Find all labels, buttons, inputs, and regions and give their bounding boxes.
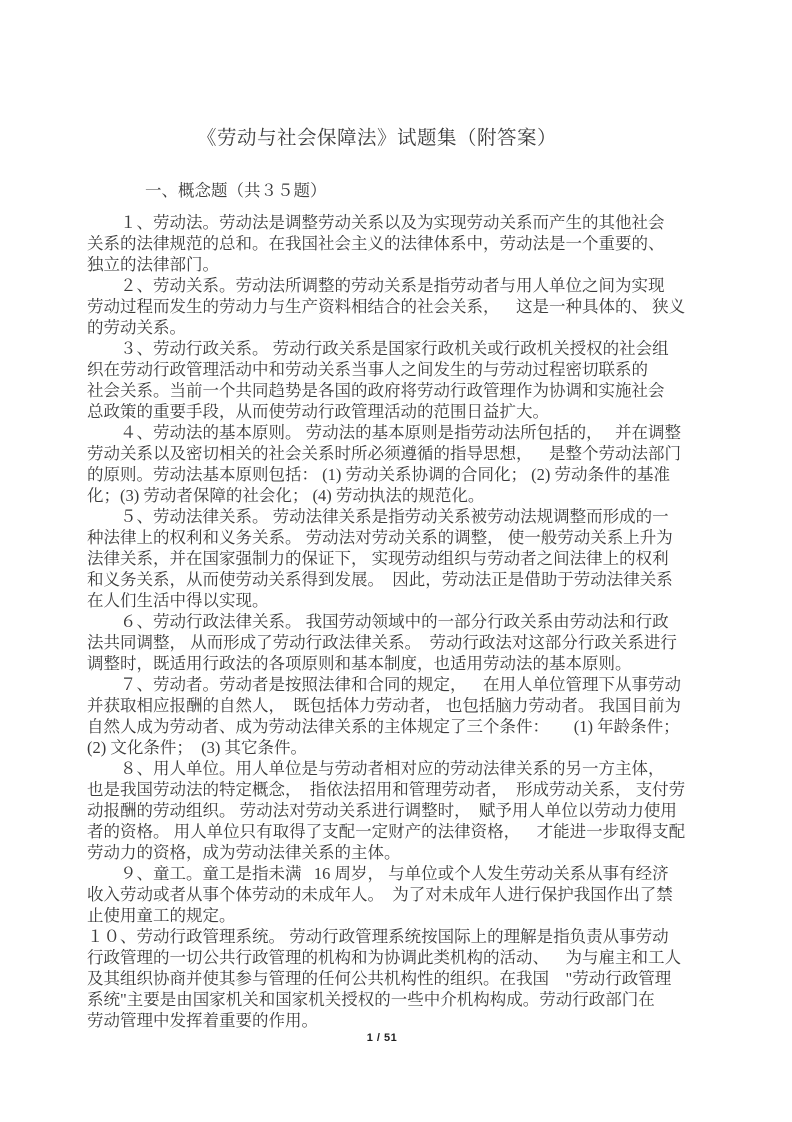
text-line: ４、劳动法的基本原则。 劳动法的基本原则是指劳动法所包括的， 并在调整 [87, 422, 727, 443]
text-line: ７、劳动者。劳动者是按照法律和合同的规定， 在用人单位管理下从事劳动 [87, 674, 727, 695]
text-line: 法律关系，并在国家强制力的保证下， 实现劳动组织与劳动者之间法律上的权利 [87, 548, 727, 569]
text-line: 系统"主要是由国家机关和国家机关授权的一些中介机构构成。劳动行政部门在 [87, 989, 727, 1010]
document-title: 《劳动与社会保障法》试题集（附答案） [87, 122, 667, 150]
text-line: 收入劳动或者从事个体劳动的未成年人。 为了对未成年人进行保护我国作出了禁 [87, 884, 727, 905]
text-line: 及其组织协商并使其参与管理的任何公共机构性的组织。在我国 "劳动行政管理 [87, 968, 727, 989]
section-heading: 一、概念题（共３５题） [145, 177, 327, 201]
text-line: 劳动过程而发生的劳动力与生产资料相结合的社会关系， 这是一种具体的、 狭义 [87, 296, 727, 317]
text-line: 的原则。劳动法基本原则包括： (1) 劳动关系协调的合同化； (2) 劳动条件的… [87, 464, 727, 485]
text-line: 者的资格。 用人单位只有取得了支配一定财产的法律资格， 才能进一步取得支配 [87, 821, 727, 842]
text-line: 的劳动关系。 [87, 317, 727, 338]
text-line: ８、用人单位。用人单位是与劳动者相对应的劳动法律关系的另一方主体， [87, 758, 727, 779]
text-line: 在人们生活中得以实现。 [87, 590, 727, 611]
text-line: 化；(3) 劳动者保障的社会化； (4) 劳动执法的规范化。 [87, 485, 727, 506]
text-line: ２、劳动关系。劳动法所调整的劳动关系是指劳动者与用人单位之间为实现 [87, 275, 727, 296]
page-number: 1 / 51 [87, 1032, 677, 1044]
text-line: 总政策的重要手段，从而使劳动行政管理活动的范围日益扩大。 [87, 401, 727, 422]
text-line: 关系的法律规范的总和。在我国社会主义的法律体系中，劳动法是一个重要的、 [87, 233, 727, 254]
text-line: ６、劳动行政法律关系。 我国劳动领域中的一部分行政关系由劳动法和行政 [87, 611, 727, 632]
text-line: ５、劳动法律关系。 劳动法律关系是指劳动关系被劳动法规调整而形成的一 [87, 506, 727, 527]
text-line: 织在劳动行政管理活动中和劳动关系当事人之间发生的与劳动过程密切联系的 [87, 359, 727, 380]
text-line: 法共同调整， 从而形成了劳动行政法律关系。 劳动行政法对这部分行政关系进行 [87, 632, 727, 653]
text-line: (2) 文化条件； (3) 其它条件。 [87, 737, 727, 758]
text-line: 也是我国劳动法的特定概念， 指依法招用和管理劳动者， 形成劳动关系， 支付劳 [87, 779, 727, 800]
text-line: １、劳动法。劳动法是调整劳动关系以及为实现劳动关系而产生的其他社会 [87, 212, 727, 233]
text-line: 劳动管理中发挥着重要的作用。 [87, 1010, 727, 1031]
text-line: 并获取相应报酬的自然人， 既包括体力劳动者， 也包括脑力劳动者。 我国目前为 [87, 695, 727, 716]
text-line: 止使用童工的规定。 [87, 905, 727, 926]
text-line: 社会关系。当前一个共同趋势是各国的政府将劳动行政管理作为协调和实施社会 [87, 380, 727, 401]
text-line: ９、童工。童工是指未满 16 周岁， 与单位或个人发生劳动关系从事有经济 [87, 863, 727, 884]
text-line: 劳动力的资格，成为劳动法律关系的主体。 [87, 842, 727, 863]
text-line: ３、劳动行政关系。 劳动行政关系是国家行政机关或行政机关授权的社会组 [87, 338, 727, 359]
text-line: 行政管理的一切公共行政管理的机构和为协调此类机构的活动、 为与雇主和工人 [87, 947, 727, 968]
text-line: １０、劳动行政管理系统。 劳动行政管理系统按国际上的理解是指负责从事劳动 [87, 926, 727, 947]
document-body: １、劳动法。劳动法是调整劳动关系以及为实现劳动关系而产生的其他社会关系的法律规范… [87, 212, 727, 1031]
text-line: 和义务关系，从而使劳动关系得到发展。 因此，劳动法正是借助于劳动法律关系 [87, 569, 727, 590]
text-line: 种法律上的权利和义务关系。 劳动法对劳动关系的调整， 使一般劳动关系上升为 [87, 527, 727, 548]
text-line: 自然人成为劳动者、成为劳动法律关系的主体规定了三个条件： (1) 年龄条件； [87, 716, 727, 737]
text-line: 动报酬的劳动组织。 劳动法对劳动关系进行调整时， 赋予用人单位以劳动力使用 [87, 800, 727, 821]
text-line: 调整时，既适用行政法的各项原则和基本制度，也适用劳动法的基本原则。 [87, 653, 727, 674]
document-page: 《劳动与社会保障法》试题集（附答案） 一、概念题（共３５题） １、劳动法。劳动法… [0, 0, 792, 1122]
text-line: 劳动关系以及密切相关的社会关系时所必须遵循的指导思想， 是整个劳动法部门 [87, 443, 727, 464]
text-line: 独立的法律部门。 [87, 254, 727, 275]
